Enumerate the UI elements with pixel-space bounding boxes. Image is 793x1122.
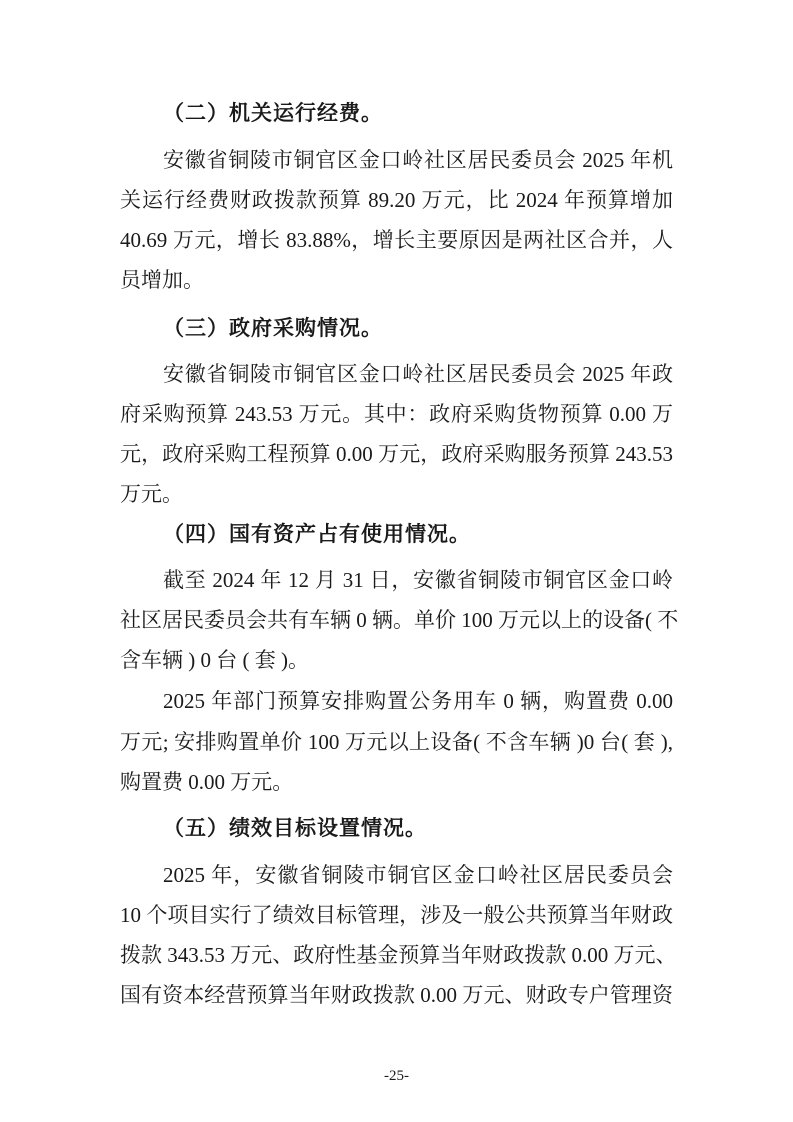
section-heading-2: （二）机关运行经费。 [163,98,383,128]
paragraph-line: 10 个项目实行了绩效目标管理，涉及一般公共预算当年财政 [120,900,673,930]
paragraph-line: 员增加。 [120,265,673,295]
paragraph-line: 元，政府采购工程预算 0.00 万元，政府采购服务预算 243.53 [120,439,673,469]
paragraph-line: 府采购预算 243.53 万元。其中：政府采购货物预算 0.00 万 [120,399,673,429]
paragraph-line: 2025 年，安徽省铜陵市铜官区金口岭社区居民委员会 [163,860,673,890]
paragraph-line: 40.69 万元，增长 83.88%，增长主要原因是两社区合并，人 [120,225,673,255]
paragraph-line: 关运行经费财政拨款预算 89.20 万元，比 2024 年预算增加 [120,185,673,215]
paragraph-line: 购置费 0.00 万元。 [120,767,673,797]
paragraph-line: 截至 2024 年 12 月 31 日，安徽省铜陵市铜官区金口岭 [163,565,673,595]
section-heading-5: （五）绩效目标设置情况。 [163,813,427,843]
page-number: -25- [0,1068,793,1085]
paragraph-line: 国有资本经营预算当年财政拨款 0.00 万元、财政专户管理资 [120,980,673,1010]
paragraph-line: 万元。 [120,479,673,509]
section-heading-3: （三）政府采购情况。 [163,313,383,343]
paragraph-line: 社区居民委员会共有车辆 0 辆。单价 100 万元以上的设备( 不 [120,605,673,635]
paragraph-line: 拨款 343.53 万元、政府性基金预算当年财政拨款 0.00 万元、 [120,940,673,970]
paragraph-line: 安徽省铜陵市铜官区金口岭社区居民委员会 2025 年机 [163,145,673,175]
document-page: （二）机关运行经费。 安徽省铜陵市铜官区金口岭社区居民委员会 2025 年机 关… [0,0,793,1122]
paragraph-line: 含车辆 ) 0 台 ( 套 )。 [120,645,673,675]
paragraph-line: 万元; 安排购置单价 100 万元以上设备( 不含车辆 )0 台( 套 ), [120,727,673,757]
paragraph-line: 安徽省铜陵市铜官区金口岭社区居民委员会 2025 年政 [163,359,673,389]
section-heading-4: （四）国有资产占有使用情况。 [163,519,471,549]
paragraph-line: 2025 年部门预算安排购置公务用车 0 辆，购置费 0.00 [163,686,673,716]
